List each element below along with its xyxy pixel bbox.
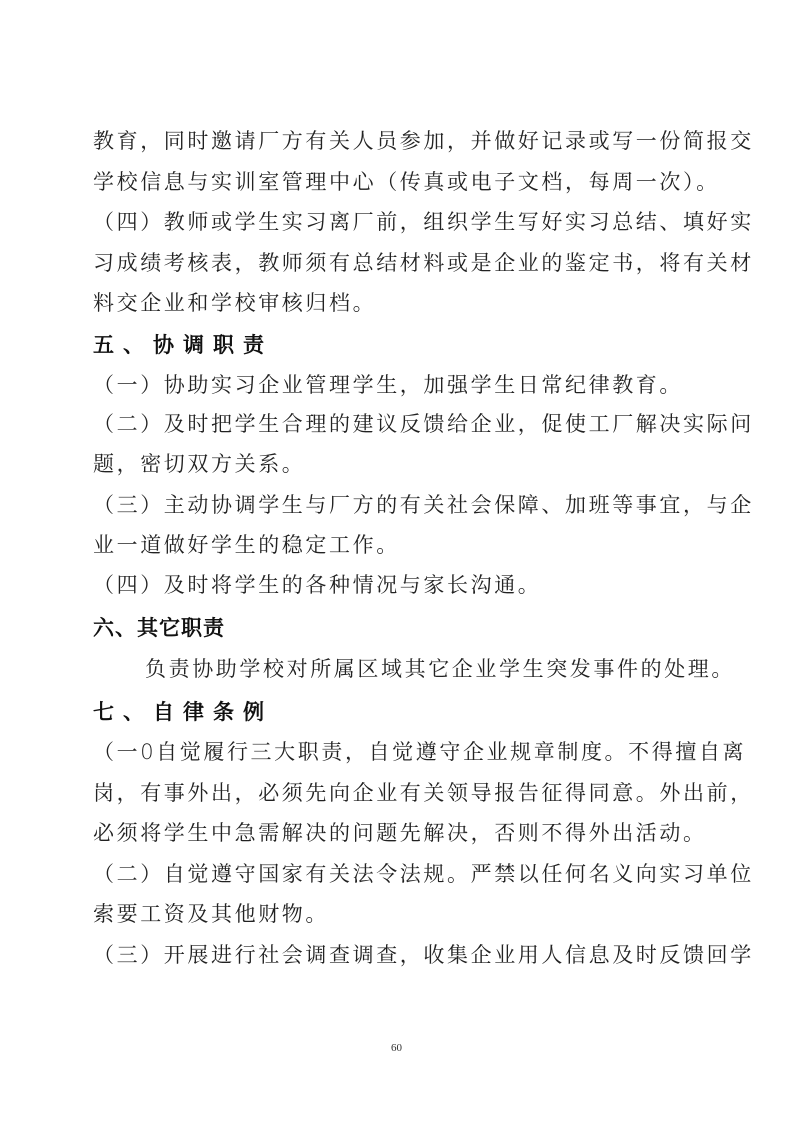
body-line: （四）教师或学生实习离厂前，组织学生写好实习总结、填好实 — [93, 207, 693, 237]
body-line: （三）主动协调学生与厂方的有关社会保障、加班等事宜，与企 — [93, 490, 693, 520]
body-line: （二）自觉遵守国家有关法令法规。严禁以任何名义向实习单位 — [93, 859, 693, 889]
document-page: 教育，同时邀请厂方有关人员参加，并做好记录或写一份简报交 学校信息与实训室管理中… — [0, 0, 793, 1122]
body-line: 教育，同时邀请厂方有关人员参加，并做好记录或写一份简报交 — [93, 126, 693, 156]
body-line: 题，密切双方关系。 — [93, 449, 693, 479]
body-line: 必须将学生中急需解决的问题先解决，否则不得外出活动。 — [93, 818, 693, 848]
body-line: 习成绩考核表，教师须有总结材料或是企业的鉴定书，将有关材 — [93, 248, 693, 278]
page-number: 60 — [0, 1042, 793, 1054]
body-line: （一0自觉履行三大职责，自觉遵守企业规章制度。不得擅自离 — [93, 737, 693, 767]
body-line: 业一道做好学生的稳定工作。 — [93, 530, 693, 560]
body-line: （四）及时将学生的各种情况与家长沟通。 — [93, 570, 693, 600]
section-heading-other: 六、其它职责 — [93, 612, 225, 644]
body-line: 负责协助学校对所属区域其它企业学生突发事件的处理。 — [145, 654, 693, 684]
body-line: （二）及时把学生合理的建议反馈给企业，促使工厂解决实际问 — [93, 409, 693, 439]
section-heading-coordination: 五、协调职责 — [93, 329, 273, 361]
body-line: 料交企业和学校审核归档。 — [93, 288, 693, 318]
body-line: 岗，有事外出，必须先向企业有关领导报告征得同意。外出前， — [93, 778, 693, 808]
body-line: （一）协助实习企业管理学生，加强学生日常纪律教育。 — [93, 370, 693, 400]
body-line: （三）开展进行社会调查调查，收集企业用人信息及时反馈回学 — [93, 940, 693, 970]
body-line: 学校信息与实训室管理中心（传真或电子文档，每周一次）。 — [93, 167, 693, 197]
body-line: 索要工资及其他财物。 — [93, 899, 693, 929]
section-heading-self-discipline: 七、自律条例 — [93, 696, 273, 728]
